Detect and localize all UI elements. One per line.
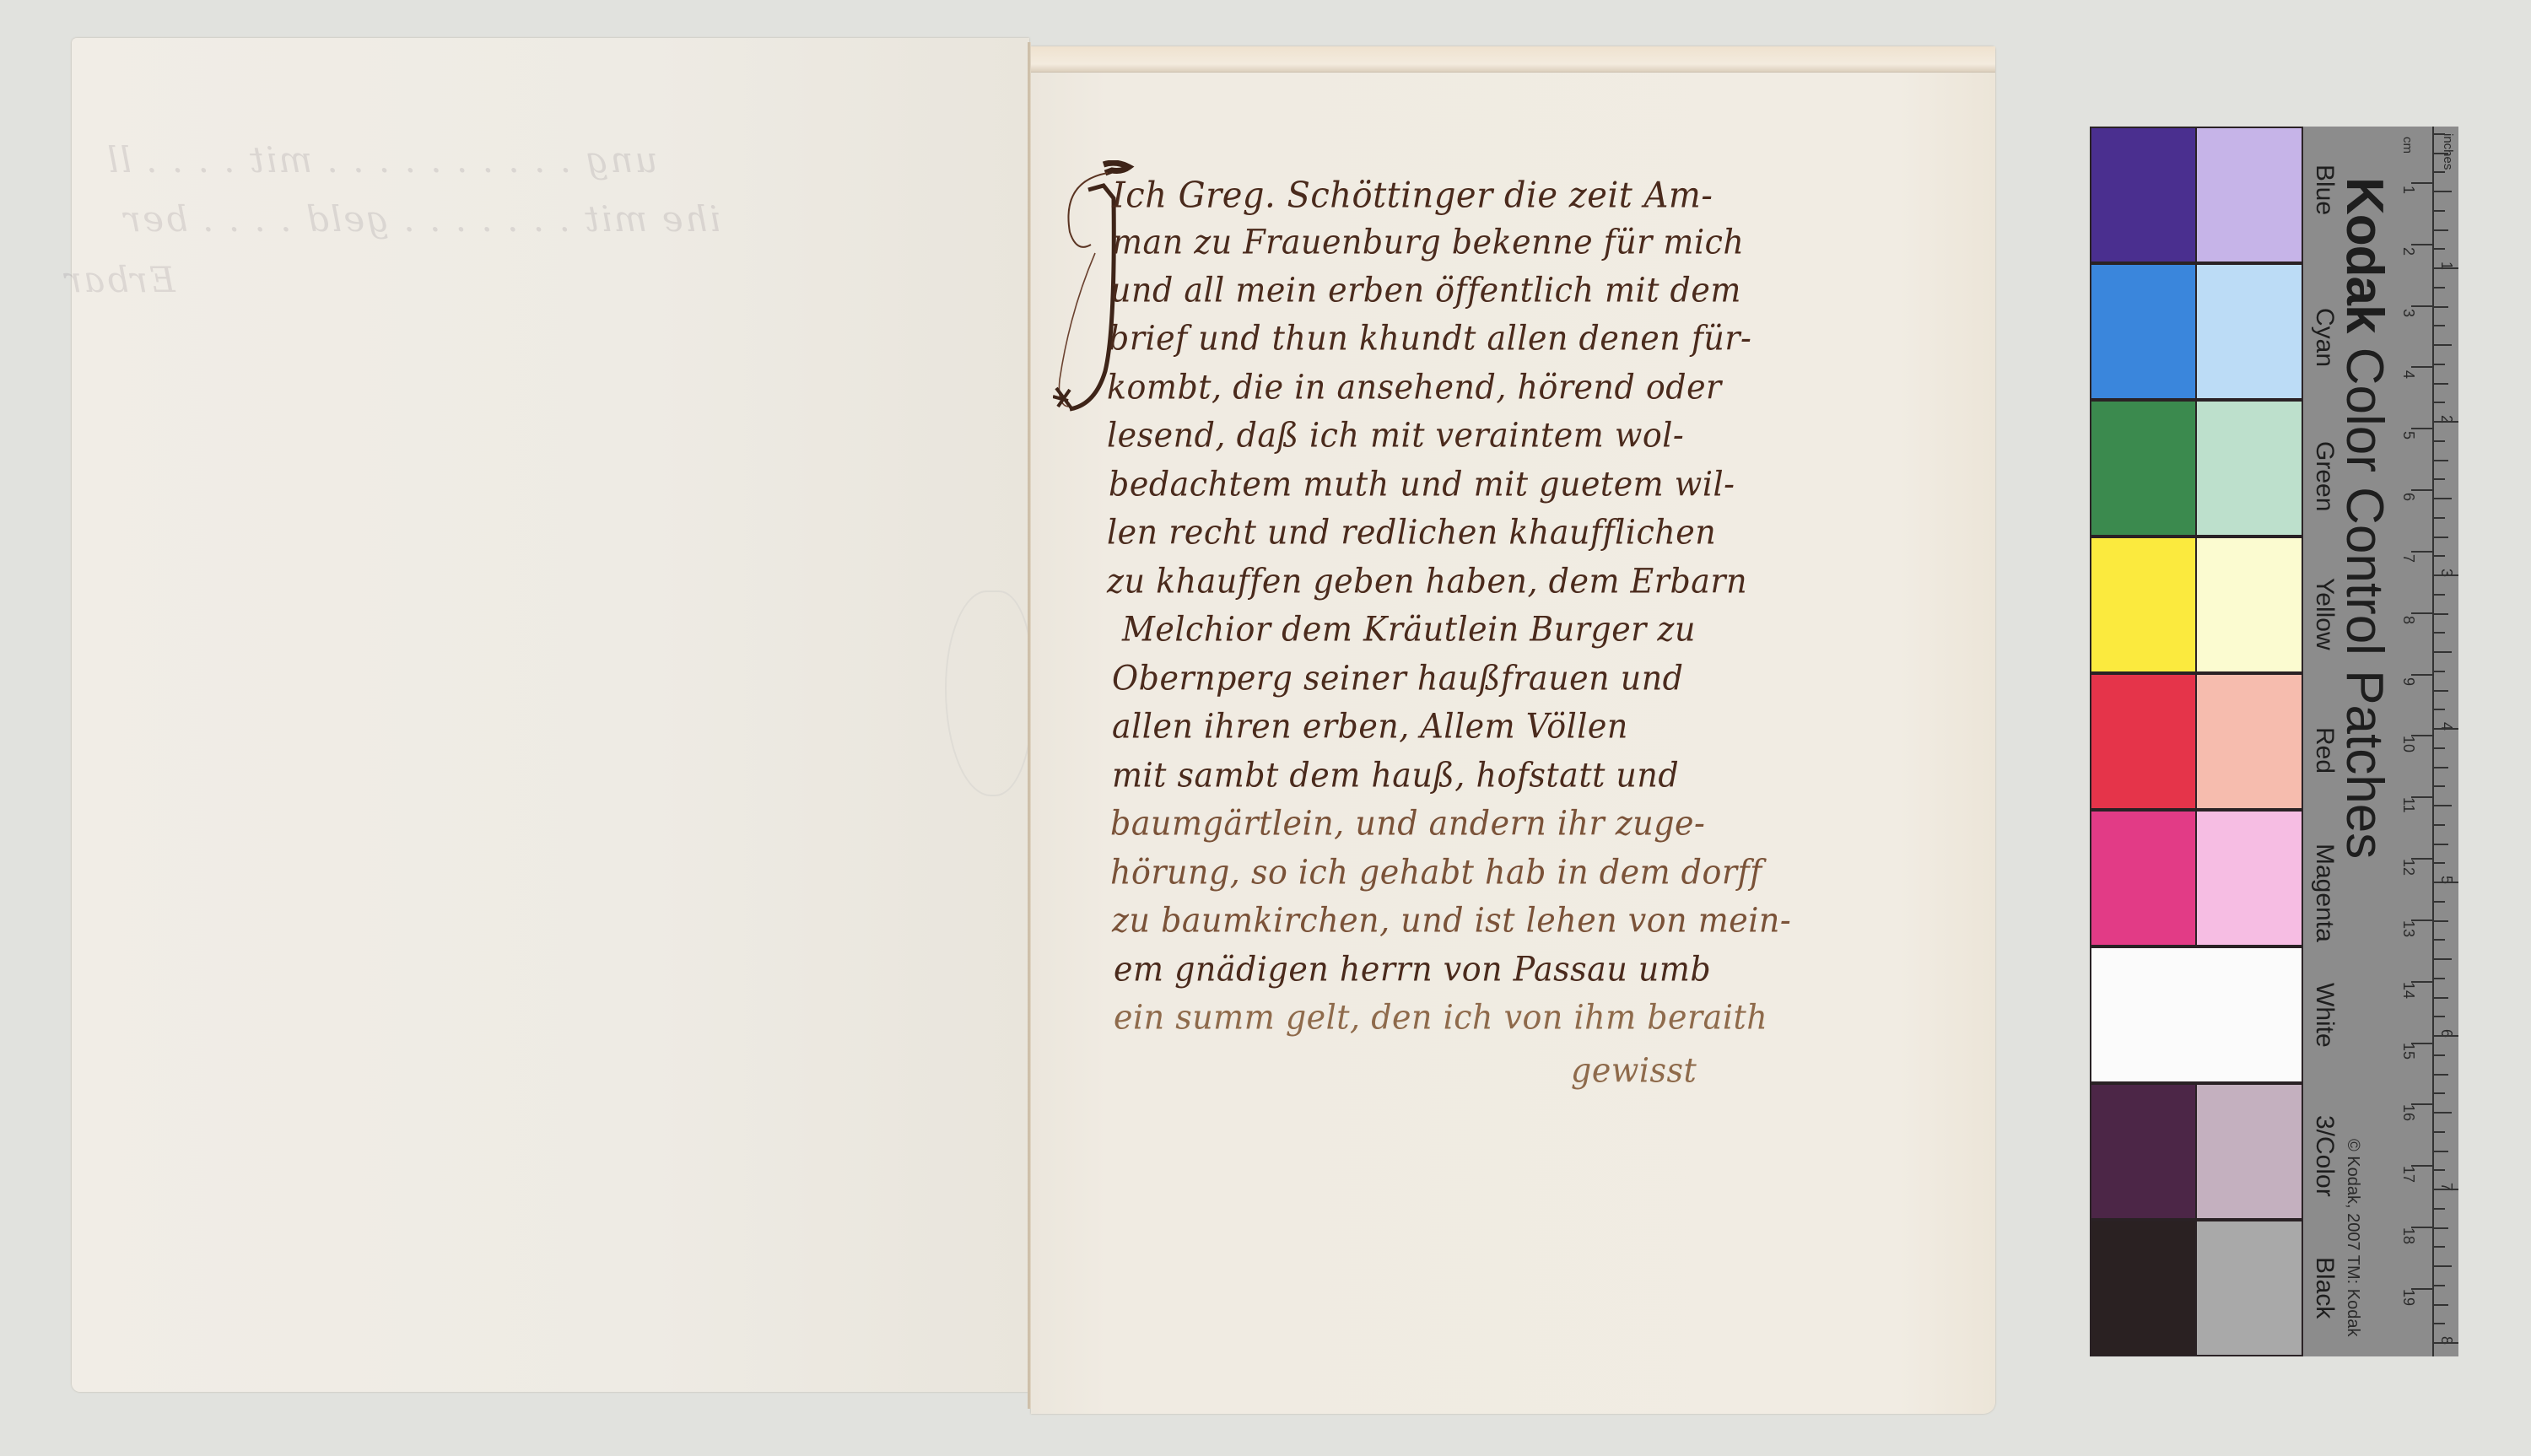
manuscript-line-5: kombt, die in ansehend, hörend oder <box>1107 370 1722 404</box>
manuscript-line-12: allen ihren erben, Allem Völlen <box>1112 709 1628 743</box>
manuscript-line-14: baumgärtlein, und andern ihr zuge- <box>1110 806 1705 840</box>
manuscript-line-8: len recht und redlichen khaufflichen <box>1107 515 1716 549</box>
manuscript-line-7: bedachtem muth und mit guetem wil- <box>1109 467 1735 501</box>
patch-magenta-dark <box>2090 810 2197 946</box>
manuscript-line-1: Ich Greg. Schöttinger die zeit Am- <box>1112 178 1713 213</box>
patch-red-dark <box>2090 673 2197 810</box>
patch-3color-dark <box>2090 1083 2197 1220</box>
patch-3color-light <box>2195 1083 2303 1220</box>
manuscript-line-16: zu baumkirchen, und ist lehen von mein- <box>1112 903 1791 937</box>
patch-yellow-light <box>2195 537 2303 673</box>
patch-magenta-light <box>2195 810 2303 946</box>
patch-white <box>2090 946 2303 1083</box>
manuscript-line-15: hörung, so ich gehabt hab in dem dorff <box>1110 855 1762 889</box>
patch-red-light <box>2195 673 2303 810</box>
left-page: ung . . . . . . . . . . mit . . . . ll i… <box>72 38 1029 1392</box>
bleed-through-line-3: Erbar <box>63 259 175 300</box>
page-gutter <box>1028 42 1031 1409</box>
patch-cyan-light <box>2195 263 2303 400</box>
ruler-band: Blue Cyan Green Yellow Red Magenta White… <box>2302 127 2458 1356</box>
patch-cyan-dark <box>2090 263 2197 400</box>
manuscript-line-4: brief und thun khundt allen denen für- <box>1109 321 1751 355</box>
folded-top-edge <box>1031 46 1995 73</box>
patch-green-light <box>2195 400 2303 537</box>
patch-blue-light <box>2195 127 2303 263</box>
manuscript-line-6: lesend, daß ich mit veraintem wol- <box>1107 418 1684 452</box>
manuscript-line-17: em gnädigen herrn von Passau umb <box>1114 952 1711 986</box>
patch-black-dark <box>2090 1220 2197 1356</box>
manuscript-line-10: Melchior dem Kräutlein Burger zu <box>1122 612 1696 646</box>
bleed-through-line-2: ihe mit . . . . . . . geld . . . . ber <box>122 198 720 240</box>
manuscript-line-11: Obernperg seiner haußfrauen und <box>1112 661 1684 695</box>
manuscript-line-18: ein summ gelt, den ich von ihm beraith <box>1114 1000 1767 1034</box>
manuscript-line-13: mit sambt dem hauß, hofstatt und <box>1112 758 1679 792</box>
manuscript-line-3: und all mein erben öffentlich mit dem <box>1110 273 1741 307</box>
patch-black-light <box>2195 1220 2303 1356</box>
patch-green-dark <box>2090 400 2197 537</box>
ruler-ticks <box>2303 127 2458 1356</box>
manuscript-line-9: zu khauffen geben haben, dem Erbarn <box>1107 564 1747 598</box>
manuscript-closing-word: gewisst <box>1571 1054 1697 1087</box>
patch-yellow-dark <box>2090 537 2197 673</box>
watermark-impression <box>945 590 1033 796</box>
kodak-color-control-strip: Blue Cyan Green Yellow Red Magenta White… <box>2090 127 2457 1356</box>
patch-blue-dark <box>2090 127 2197 263</box>
manuscript-line-2: man zu Frauenburg bekenne für mich <box>1112 225 1744 259</box>
bleed-through-line-1: ung . . . . . . . . . . mit . . . . ll <box>105 139 658 181</box>
